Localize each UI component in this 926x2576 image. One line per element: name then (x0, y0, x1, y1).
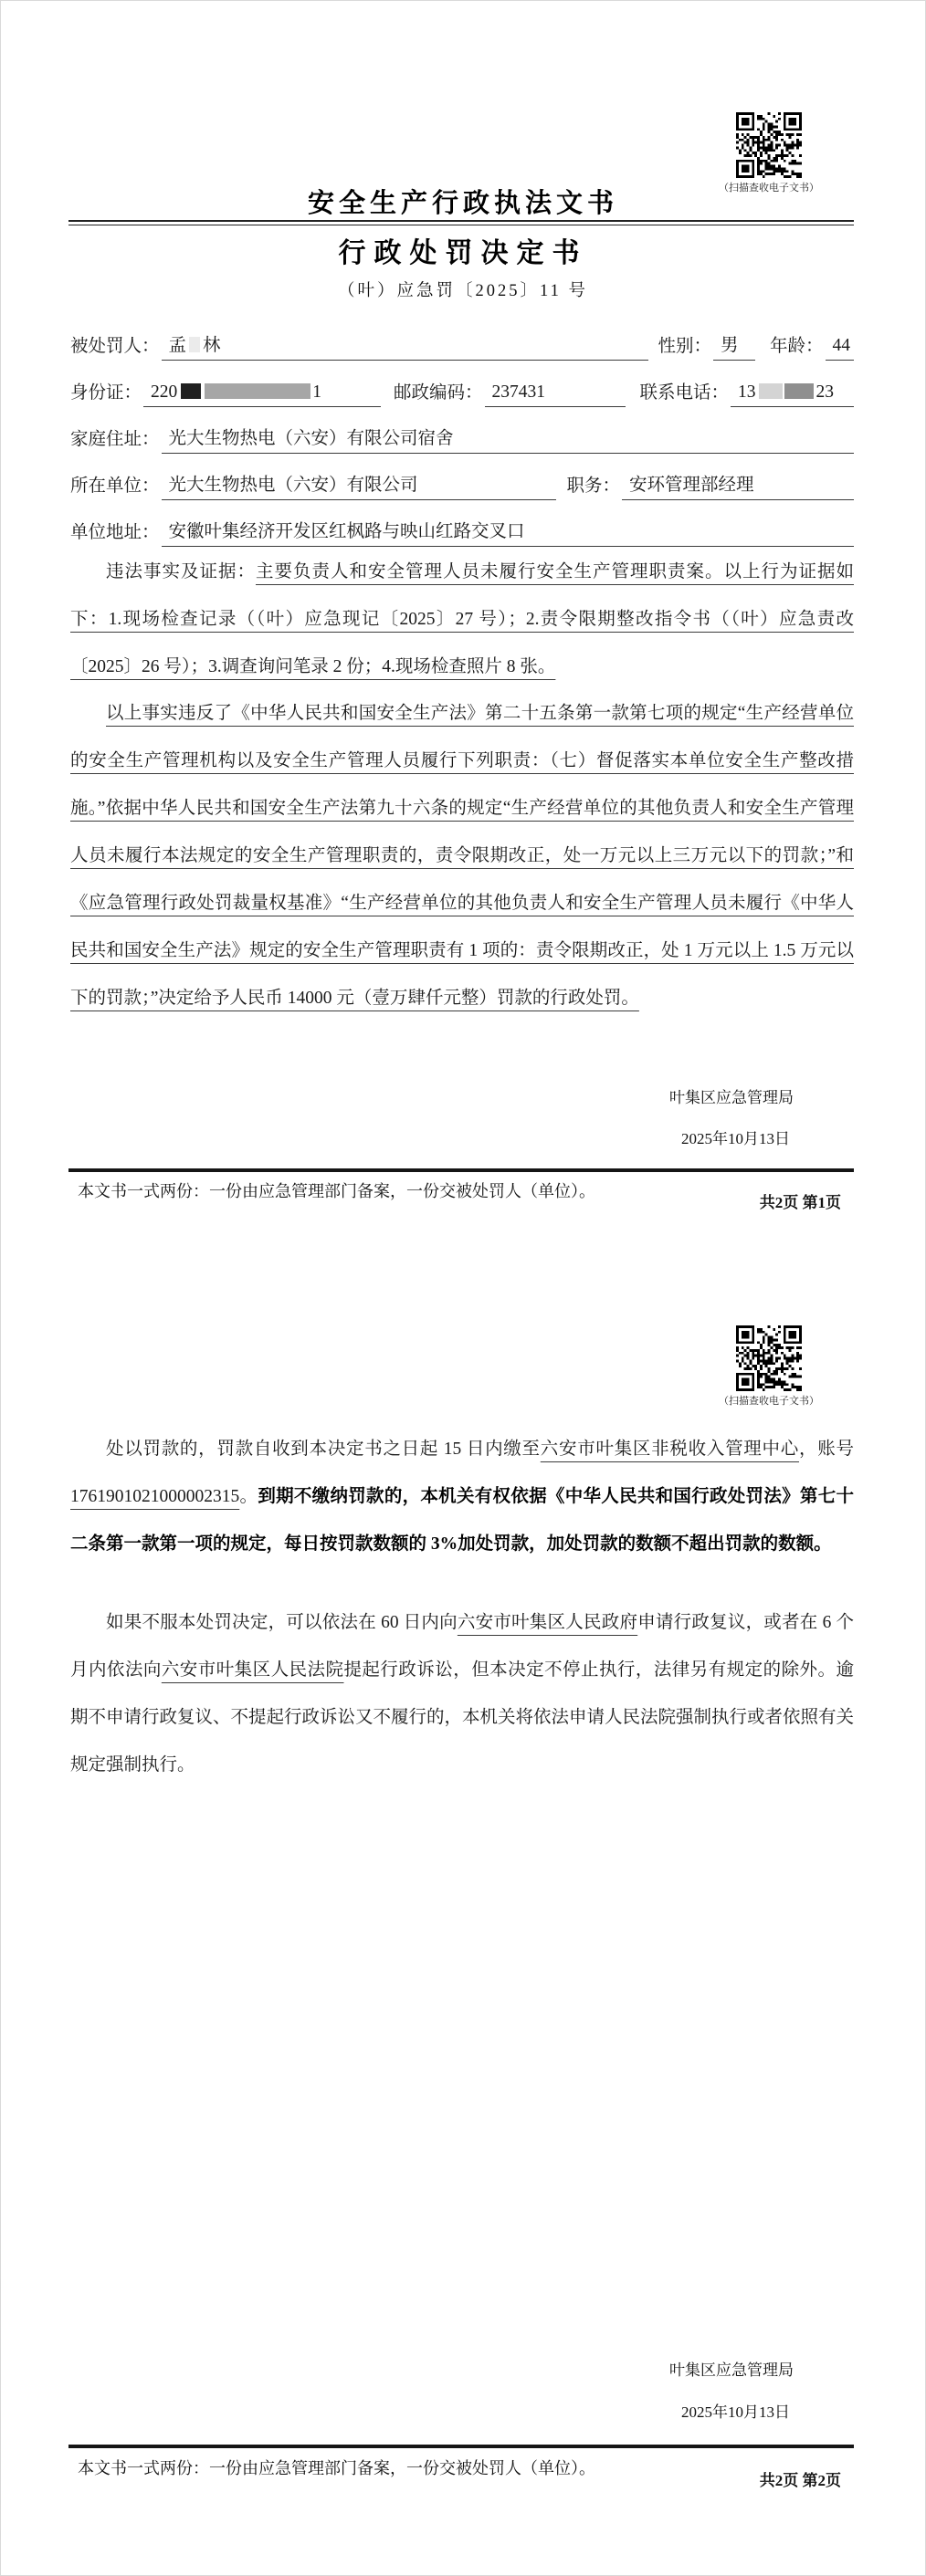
redaction-box (189, 337, 200, 352)
redaction-box (205, 383, 310, 399)
facts-evidence-paragraph: 违法事实及证据：主要负责人和安全管理人员未履行安全生产管理职责案。以上行为证据如… (70, 549, 854, 691)
duty-value: 安环管理部经理 (622, 470, 854, 500)
penalty-decision-document: （扫描查收电子文书） 安全生产行政执法文书 行政处罚决定书 （叶）应急罚〔202… (0, 0, 926, 2576)
footer-rule (68, 1168, 854, 1172)
age-value: 44 (826, 336, 855, 361)
party-info-form: 被处罚人： 孟林 性别： 男 年龄： 44 身份证： 2201 邮政编码： 23… (70, 314, 854, 547)
person-label: 被处罚人： (70, 331, 162, 361)
age-label: 年龄： (770, 331, 826, 361)
document-title: 行政处罚决定书 (0, 230, 926, 270)
page-indicator: 共2页 第1页 (70, 1189, 854, 1212)
person-value: 孟林 (162, 330, 649, 361)
unit-value: 光大生物热电（六安）有限公司 (162, 470, 556, 500)
qr-code (736, 1325, 802, 1391)
decision-paragraph: 以上事实违反了《中华人民共和国安全生产法》第二十五条第一款第七项的规定“生产经营… (70, 690, 854, 1022)
form-row-id: 身份证： 2201 邮政编码： 237431 联系电话： 1323 (70, 361, 854, 407)
document-header-title: 安全生产行政执法文书 (0, 183, 926, 220)
page-indicator: 共2页 第2页 (70, 2467, 854, 2490)
appeal-paragraph: 如果不服本处罚决定，可以依法在 60 日内向六安市叶集区人民政府申请行政复议，或… (70, 1599, 854, 1789)
account-number-underlined: 1761901021000002315 (70, 1487, 239, 1506)
document-number: （叶）应急罚〔2025〕11 号 (0, 277, 926, 301)
decision-text: 以上事实违反了《中华人民共和国安全生产法》第二十五条第一款第七项的规定“生产经营… (70, 704, 854, 1008)
form-row-unit-address: 单位地址： 安徽叶集经济开发区红枫路与映山红路交叉口 (70, 500, 854, 547)
issue-date: 2025年10月13日 (70, 2399, 854, 2422)
id-label: 身份证： (70, 378, 143, 407)
phone-label: 联系电话： (640, 378, 731, 407)
redaction-box (181, 383, 201, 399)
court-underlined: 六安市叶集区人民法院 (162, 1660, 344, 1680)
id-value: 2201 (143, 382, 381, 407)
gender-label: 性别： (658, 331, 713, 361)
issuing-agency: 叶集区应急管理局 (70, 2357, 854, 2380)
unit-address-value: 安徽叶集经济开发区红枫路与映山红路交叉口 (162, 517, 854, 547)
qr-caption: （扫描查收电子文书） (700, 1393, 838, 1408)
phone-value: 1323 (731, 382, 854, 407)
duty-label: 职务： (567, 471, 623, 500)
redaction-box (784, 383, 814, 399)
facts-label: 违法事实及证据： (106, 562, 256, 581)
qr-code (736, 112, 802, 178)
footer-rule (68, 2445, 854, 2448)
issue-date: 2025年10月13日 (70, 1126, 854, 1148)
postal-value: 237431 (485, 382, 626, 407)
unit-label: 所在单位： (70, 471, 162, 500)
home-address-value: 光大生物热电（六安）有限公司宿舍 (162, 424, 854, 454)
issuing-agency: 叶集区应急管理局 (70, 1084, 854, 1107)
review-authority-underlined: 六安市叶集区人民政府 (458, 1613, 637, 1632)
header-double-rule (68, 220, 854, 225)
payment-paragraph: 处以罚款的，罚款自收到本决定书之日起 15 日内缴至六安市叶集区非税收入管理中心… (70, 1426, 854, 1568)
form-row-unit: 所在单位： 光大生物热电（六安）有限公司 职务： 安环管理部经理 (70, 454, 854, 500)
form-row-home-address: 家庭住址： 光大生物热电（六安）有限公司宿舍 (70, 407, 854, 454)
home-address-label: 家庭住址： (70, 424, 162, 454)
postal-label: 邮政编码： (394, 378, 485, 407)
unit-address-label: 单位地址： (70, 518, 162, 547)
form-row-person: 被处罚人： 孟林 性别： 男 年龄： 44 (70, 314, 854, 361)
redaction-box (759, 383, 783, 399)
gender-value: 男 (713, 330, 755, 361)
payment-center-underlined: 六安市叶集区非税收入管理中心 (541, 1440, 799, 1459)
